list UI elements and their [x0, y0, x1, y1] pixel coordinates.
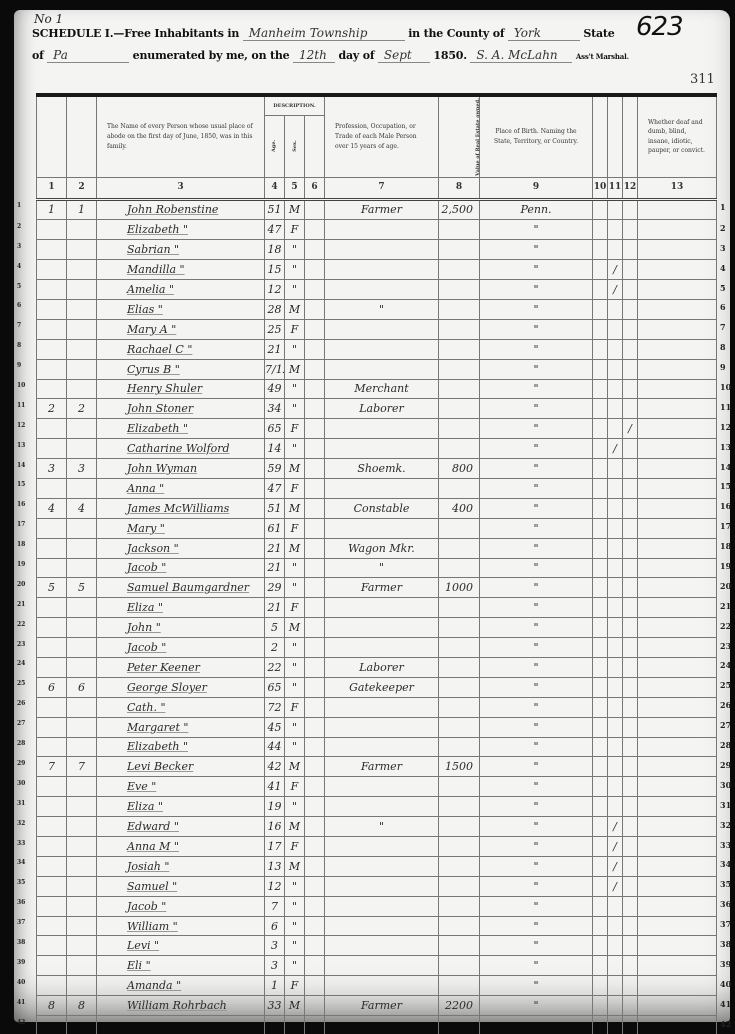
- cannot-read-write-cell: [623, 538, 638, 558]
- dwelling-number-cell: [37, 618, 67, 638]
- schedule-header-line-1: SCHEDULE I.—Free Inhabitants in Manheim …: [32, 26, 615, 41]
- married-within-year-cell: [593, 837, 608, 857]
- occupation-cell: ": [325, 558, 439, 578]
- sex-cell: M: [285, 538, 305, 558]
- person-name-cell: Rachael C ": [97, 339, 265, 359]
- real-estate-value-cell: [439, 717, 480, 737]
- sex-cell: F: [285, 319, 305, 339]
- attended-school-cell: [608, 578, 623, 598]
- color-cell: [305, 1016, 325, 1034]
- line-number-right: 42: [720, 1019, 731, 1029]
- dwelling-number-cell: [37, 916, 67, 936]
- married-within-year-cell: [593, 916, 608, 936]
- table-row: Levi "3"": [37, 936, 717, 956]
- line-number-right: 29: [720, 760, 731, 770]
- age-cell: 61: [265, 518, 285, 538]
- color-cell: [305, 399, 325, 419]
- line-number-left: 22: [17, 621, 25, 628]
- color-cell: [305, 339, 325, 359]
- birthplace-cell: ": [480, 717, 593, 737]
- dwelling-number-cell: [37, 737, 67, 757]
- occupation-cell: [325, 936, 439, 956]
- table-row: Jacob "7"": [37, 896, 717, 916]
- condition-cell: [638, 319, 717, 339]
- condition-cell: [638, 1016, 717, 1034]
- col-num-2: 2: [67, 177, 97, 199]
- sex-cell: M: [285, 359, 305, 379]
- age-cell: 21: [265, 538, 285, 558]
- person-name-cell: John Stoner: [97, 399, 265, 419]
- birthplace-cell: ": [480, 260, 593, 280]
- line-number-left: 9: [17, 362, 21, 369]
- condition-cell: [638, 419, 717, 439]
- family-number-cell: [67, 339, 97, 359]
- occupation-cell: [325, 956, 439, 976]
- married-within-year-cell: [593, 876, 608, 896]
- age-cell: 21: [265, 339, 285, 359]
- person-name-cell: Jacob ": [97, 558, 265, 578]
- color-cell: [305, 280, 325, 300]
- person-name-cell: Levi Becker: [97, 757, 265, 777]
- family-number-cell: [67, 956, 97, 976]
- condition-cell: [638, 677, 717, 697]
- table-row: Mandilla "15""/: [37, 260, 717, 280]
- enumerated-label: enumerated by me, on the: [133, 49, 290, 62]
- age-cell: 21: [265, 598, 285, 618]
- line-number-left: 38: [17, 939, 25, 946]
- cannot-read-write-cell: [623, 359, 638, 379]
- birthplace-cell: ": [480, 956, 593, 976]
- real-estate-value-cell: 800: [439, 459, 480, 479]
- dwelling-number-cell: [37, 538, 67, 558]
- line-number-right: 25: [720, 680, 731, 690]
- color-cell: [305, 359, 325, 379]
- dwelling-number-cell: [37, 1016, 67, 1034]
- age-cell: 29: [265, 578, 285, 598]
- schedule-header-line-2: of Pa enumerated by me, on the 12th day …: [32, 48, 629, 63]
- birthplace-cell: ": [480, 936, 593, 956]
- person-name-cell: Catharine Wolford: [97, 439, 265, 459]
- color-cell: [305, 419, 325, 439]
- person-name-cell: Cath. ": [97, 697, 265, 717]
- line-number-left: 4: [17, 263, 21, 270]
- condition-cell: [638, 717, 717, 737]
- sex-cell: ": [285, 578, 305, 598]
- occupation-cell: Farmer: [325, 757, 439, 777]
- line-number-right: 27: [720, 720, 731, 730]
- age-cell: 18: [265, 240, 285, 260]
- sex-cell: ": [285, 797, 305, 817]
- line-number-left: 10: [17, 382, 25, 389]
- married-within-year-cell: [593, 578, 608, 598]
- sex-cell: [285, 1016, 305, 1034]
- line-number-left: 17: [17, 521, 25, 528]
- condition-cell: [638, 638, 717, 658]
- cannot-read-write-cell: [623, 717, 638, 737]
- line-number-left: 24: [17, 660, 25, 667]
- person-name-cell: Amelia ": [97, 280, 265, 300]
- condition-cell: [638, 498, 717, 518]
- family-number-cell: 5: [67, 578, 97, 598]
- birthplace-cell: ": [480, 578, 593, 598]
- person-name-cell: Jacob ": [97, 638, 265, 658]
- sex-cell: ": [285, 717, 305, 737]
- color-cell: [305, 856, 325, 876]
- person-name-cell: John Wyman: [97, 459, 265, 479]
- col-header-13: Whether deaf and dumb, blind, insane, id…: [638, 95, 717, 177]
- cannot-read-write-cell: [623, 916, 638, 936]
- attended-school-cell: [608, 299, 623, 319]
- line-number-right: 13: [720, 442, 731, 452]
- cannot-read-write-cell: [623, 757, 638, 777]
- month-field: Sept: [378, 48, 430, 63]
- age-cell: 3: [265, 956, 285, 976]
- real-estate-value-cell: [439, 876, 480, 896]
- table-row: Henry Shuler49"Merchant": [37, 379, 717, 399]
- attended-school-cell: [608, 359, 623, 379]
- family-number-cell: [67, 280, 97, 300]
- real-estate-value-cell: [439, 837, 480, 857]
- line-number-right: 40: [720, 979, 731, 989]
- dwelling-number-cell: [37, 558, 67, 578]
- age-cell: 44: [265, 737, 285, 757]
- dwelling-number-cell: 7: [37, 757, 67, 777]
- dwelling-number-cell: [37, 777, 67, 797]
- married-within-year-cell: [593, 379, 608, 399]
- attended-school-cell: [608, 638, 623, 658]
- table-row: 33John Wyman59MShoemk.800": [37, 459, 717, 479]
- real-estate-value-cell: [439, 399, 480, 419]
- occupation-cell: Farmer: [325, 996, 439, 1016]
- col-header-9: Place of Birth. Naming the State, Territ…: [480, 95, 593, 177]
- col-header-10: Married within the year.: [593, 95, 608, 177]
- age-cell: [265, 1016, 285, 1034]
- age-cell: 28: [265, 299, 285, 319]
- birthplace-cell: ": [480, 478, 593, 498]
- married-within-year-cell: [593, 199, 608, 220]
- person-name-cell: Elizabeth ": [97, 220, 265, 240]
- color-cell: [305, 837, 325, 857]
- occupation-cell: [325, 837, 439, 857]
- sex-cell: ": [285, 558, 305, 578]
- birthplace-cell: Penn.: [480, 199, 593, 220]
- occupation-cell: Laborer: [325, 399, 439, 419]
- table-row: Mary A "25F": [37, 319, 717, 339]
- col-header-3: The Name of every Person whose usual pla…: [97, 95, 265, 177]
- family-number-cell: [67, 260, 97, 280]
- table-row: Amelia "12""/: [37, 280, 717, 300]
- family-number-cell: [67, 976, 97, 996]
- line-number-left: 39: [17, 959, 25, 966]
- real-estate-value-cell: 1500: [439, 757, 480, 777]
- real-estate-value-cell: [439, 697, 480, 717]
- cannot-read-write-cell: [623, 996, 638, 1016]
- person-name-cell: Elizabeth ": [97, 419, 265, 439]
- real-estate-value-cell: [439, 737, 480, 757]
- married-within-year-cell: [593, 638, 608, 658]
- table-row: 77Levi Becker42MFarmer1500": [37, 757, 717, 777]
- attended-school-cell: /: [608, 817, 623, 837]
- family-number-cell: [67, 697, 97, 717]
- family-number-cell: [67, 359, 97, 379]
- condition-cell: [638, 916, 717, 936]
- dwelling-number-cell: 2: [37, 399, 67, 419]
- person-name-cell: Jackson ": [97, 538, 265, 558]
- real-estate-value-cell: [439, 896, 480, 916]
- state-label: State: [583, 27, 614, 40]
- married-within-year-cell: [593, 817, 608, 837]
- line-number-right: 2: [720, 223, 726, 233]
- married-within-year-cell: [593, 856, 608, 876]
- line-number-left: 3: [17, 243, 21, 250]
- birthplace-cell: ": [480, 220, 593, 240]
- attended-school-cell: /: [608, 856, 623, 876]
- real-estate-value-cell: [439, 319, 480, 339]
- township-field: Manheim Township: [243, 26, 405, 41]
- dwelling-number-cell: [37, 638, 67, 658]
- col-num-11: 11: [608, 177, 623, 199]
- line-number-left: 28: [17, 740, 25, 747]
- line-number-right: 38: [720, 939, 731, 949]
- sex-cell: ": [285, 936, 305, 956]
- age-cell: 25: [265, 319, 285, 339]
- family-number-cell: [67, 737, 97, 757]
- dwelling-number-cell: [37, 697, 67, 717]
- line-number-right: 19: [720, 561, 731, 571]
- married-within-year-cell: [593, 538, 608, 558]
- married-within-year-cell: [593, 976, 608, 996]
- family-number-cell: [67, 558, 97, 578]
- condition-cell: [638, 856, 717, 876]
- occupation-cell: [325, 618, 439, 638]
- birthplace-cell: ": [480, 777, 593, 797]
- attended-school-cell: [608, 419, 623, 439]
- line-number-left: 31: [17, 800, 25, 807]
- birthplace-cell: ": [480, 339, 593, 359]
- condition-cell: [638, 518, 717, 538]
- condition-cell: [638, 598, 717, 618]
- family-number-cell: [67, 717, 97, 737]
- color-cell: [305, 737, 325, 757]
- col-header-11: Attended School within the year.: [608, 95, 623, 177]
- occupation-cell: [325, 976, 439, 996]
- dwelling-number-cell: 8: [37, 996, 67, 1016]
- dwelling-number-cell: [37, 837, 67, 857]
- cannot-read-write-cell: [623, 280, 638, 300]
- line-number-right: 36: [720, 899, 731, 909]
- dwelling-number-cell: [37, 339, 67, 359]
- line-number-right: 20: [720, 581, 731, 591]
- birthplace-cell: ": [480, 459, 593, 479]
- sex-cell: M: [285, 817, 305, 837]
- dwelling-number-cell: [37, 359, 67, 379]
- occupation-cell: Wagon Mkr.: [325, 538, 439, 558]
- sex-cell: F: [285, 697, 305, 717]
- line-number-right: 17: [720, 521, 731, 531]
- year-label: 1850.: [433, 49, 466, 62]
- day-field: 12th: [293, 48, 335, 63]
- birthplace-cell: ": [480, 498, 593, 518]
- family-number-cell: 8: [67, 996, 97, 1016]
- family-number-cell: [67, 439, 97, 459]
- married-within-year-cell: [593, 299, 608, 319]
- age-cell: 1: [265, 976, 285, 996]
- married-within-year-cell: [593, 419, 608, 439]
- line-number-left: 29: [17, 760, 25, 767]
- condition-cell: [638, 299, 717, 319]
- age-cell: 15: [265, 260, 285, 280]
- col-header-5: Sex.: [285, 115, 305, 177]
- dwelling-number-cell: 4: [37, 498, 67, 518]
- table-row: Samuel "12""/: [37, 876, 717, 896]
- color-cell: [305, 657, 325, 677]
- occupation-cell: Farmer: [325, 578, 439, 598]
- person-name-cell: Anna M ": [97, 837, 265, 857]
- age-cell: 13: [265, 856, 285, 876]
- line-number-right: 28: [720, 740, 731, 750]
- sex-cell: M: [285, 996, 305, 1016]
- condition-cell: [638, 240, 717, 260]
- col-num-3: 3: [97, 177, 265, 199]
- family-number-cell: [67, 817, 97, 837]
- table-row: 66George Sloyer65"Gatekeeper": [37, 677, 717, 697]
- real-estate-value-cell: 2,500: [439, 199, 480, 220]
- age-cell: 22: [265, 657, 285, 677]
- color-cell: [305, 478, 325, 498]
- color-cell: [305, 677, 325, 697]
- cannot-read-write-cell: [623, 677, 638, 697]
- column-number-row: 1 2 3 4 5 6 7 8 9 10 11 12 13: [37, 177, 717, 199]
- age-cell: 5: [265, 618, 285, 638]
- family-number-cell: [67, 896, 97, 916]
- line-number-left: 6: [17, 302, 21, 309]
- cannot-read-write-cell: [623, 598, 638, 618]
- real-estate-value-cell: [439, 260, 480, 280]
- color-cell: [305, 976, 325, 996]
- occupation-cell: [325, 916, 439, 936]
- line-number-right: 5: [720, 283, 726, 293]
- person-name-cell: [97, 1016, 265, 1034]
- attended-school-cell: /: [608, 837, 623, 857]
- age-cell: 41: [265, 777, 285, 797]
- age-cell: 49: [265, 379, 285, 399]
- dwelling-number-cell: 1: [37, 199, 67, 220]
- occupation-cell: [325, 1016, 439, 1034]
- married-within-year-cell: [593, 240, 608, 260]
- line-number-left: 32: [17, 820, 25, 827]
- family-number-cell: 1: [67, 199, 97, 220]
- person-name-cell: Sabrian ": [97, 240, 265, 260]
- line-number-left: 16: [17, 501, 25, 508]
- age-cell: 47: [265, 220, 285, 240]
- married-within-year-cell: [593, 319, 608, 339]
- census-table: Dwelling-houses numbered in the order of…: [36, 93, 717, 1034]
- age-cell: 42: [265, 757, 285, 777]
- married-within-year-cell: [593, 896, 608, 916]
- sex-cell: F: [285, 220, 305, 240]
- birthplace-cell: ": [480, 359, 593, 379]
- family-number-cell: [67, 220, 97, 240]
- family-number-cell: [67, 598, 97, 618]
- sex-cell: F: [285, 478, 305, 498]
- attended-school-cell: [608, 240, 623, 260]
- table-row: Anna "47F": [37, 478, 717, 498]
- real-estate-value-cell: [439, 558, 480, 578]
- married-within-year-cell: [593, 717, 608, 737]
- real-estate-value-cell: [439, 976, 480, 996]
- attended-school-cell: [608, 996, 623, 1016]
- cannot-read-write-cell: [623, 558, 638, 578]
- person-name-cell: James McWilliams: [97, 498, 265, 518]
- dwelling-number-cell: [37, 240, 67, 260]
- sex-cell: ": [285, 339, 305, 359]
- color-cell: [305, 199, 325, 220]
- birthplace-cell: ": [480, 757, 593, 777]
- line-number-right: 16: [720, 501, 731, 511]
- age-cell: 16: [265, 817, 285, 837]
- condition-cell: [638, 359, 717, 379]
- cannot-read-write-cell: [623, 956, 638, 976]
- family-number-cell: [67, 936, 97, 956]
- dwelling-number-cell: [37, 379, 67, 399]
- age-cell: 21: [265, 558, 285, 578]
- census-rows: 11John Robenstine51MFarmer2,500Penn.Eliz…: [37, 199, 717, 1034]
- condition-cell: [638, 339, 717, 359]
- color-cell: [305, 220, 325, 240]
- birthplace-cell: ": [480, 280, 593, 300]
- real-estate-value-cell: 2200: [439, 996, 480, 1016]
- col-header-4: Age.: [265, 115, 285, 177]
- married-within-year-cell: [593, 478, 608, 498]
- attended-school-cell: [608, 598, 623, 618]
- county-field: York: [508, 26, 580, 41]
- cannot-read-write-cell: [623, 1016, 638, 1034]
- line-number-right: 35: [720, 879, 731, 889]
- person-name-cell: Levi ": [97, 936, 265, 956]
- married-within-year-cell: [593, 657, 608, 677]
- cannot-read-write-cell: [623, 817, 638, 837]
- birthplace-cell: ": [480, 439, 593, 459]
- birthplace-cell: ": [480, 976, 593, 996]
- table-row: Rachael C "21"": [37, 339, 717, 359]
- table-row: Jacob "21""": [37, 558, 717, 578]
- real-estate-value-cell: [439, 299, 480, 319]
- sex-cell: ": [285, 240, 305, 260]
- sex-cell: M: [285, 299, 305, 319]
- dwelling-number-cell: 3: [37, 459, 67, 479]
- married-within-year-cell: [593, 220, 608, 240]
- col-num-13: 13: [638, 177, 717, 199]
- birthplace-cell: ": [480, 558, 593, 578]
- real-estate-value-cell: [439, 379, 480, 399]
- table-row: Elizabeth "65F"/: [37, 419, 717, 439]
- condition-cell: [638, 757, 717, 777]
- attended-school-cell: [608, 459, 623, 479]
- condition-cell: [638, 697, 717, 717]
- person-name-cell: Eliza ": [97, 598, 265, 618]
- real-estate-value-cell: [439, 856, 480, 876]
- line-number-right: 1: [720, 202, 726, 212]
- attended-school-cell: [608, 717, 623, 737]
- condition-cell: [638, 996, 717, 1016]
- occupation-cell: [325, 896, 439, 916]
- occupation-cell: [325, 220, 439, 240]
- person-name-cell: Samuel ": [97, 876, 265, 896]
- cannot-read-write-cell: [623, 299, 638, 319]
- line-number-right: 41: [720, 999, 731, 1009]
- sex-cell: ": [285, 439, 305, 459]
- attended-school-cell: [608, 956, 623, 976]
